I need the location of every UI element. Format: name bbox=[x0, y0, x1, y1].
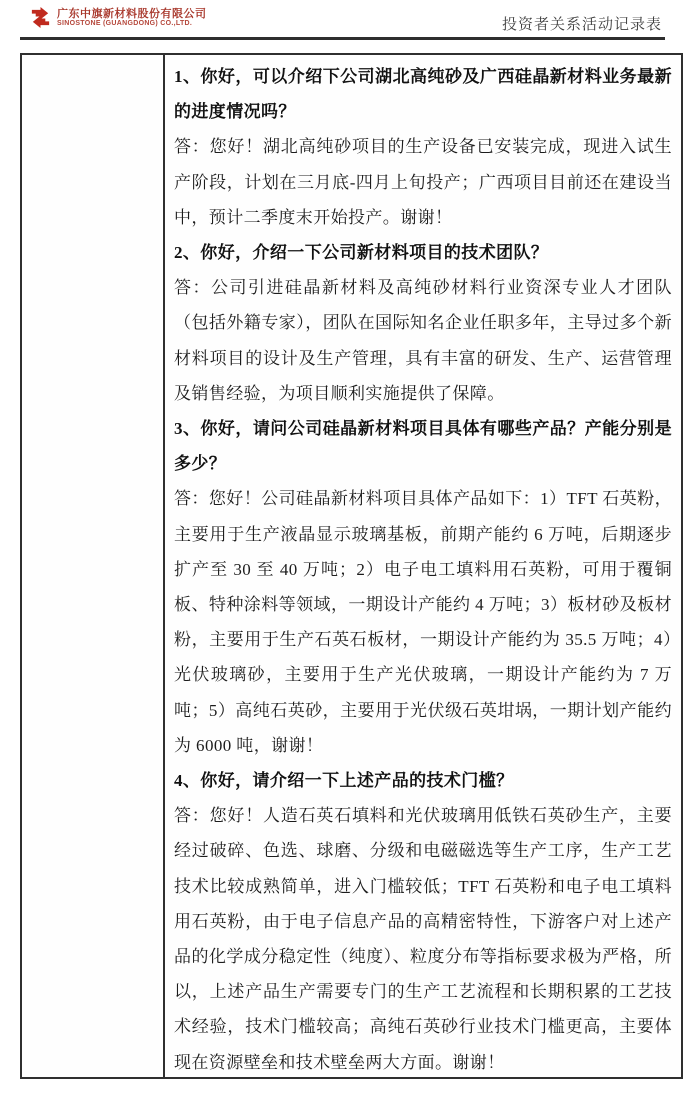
company-name-cn: 广东中旗新材料股份有限公司 bbox=[57, 8, 207, 20]
table-label-column-empty bbox=[22, 55, 165, 1077]
sinostone-logo-icon bbox=[29, 6, 52, 29]
document-title: 投资者关系活动记录表 bbox=[502, 13, 662, 34]
answer-1: 答：您好！湖北高纯砂项目的生产设备已安装完成，现进入试生产阶段，计划在三月底-四… bbox=[174, 129, 672, 235]
question-1: 1、你好，可以介绍下公司湖北高纯砂及广西硅晶新材料业务最新的进度情况吗？ bbox=[174, 59, 672, 129]
page-header: 广东中旗新材料股份有限公司 SINOSTONE (GUANGDONG) CO.,… bbox=[0, 0, 700, 44]
header-divider-rule bbox=[20, 37, 665, 40]
company-name-en: SINOSTONE (GUANGDONG) CO.,LTD. bbox=[57, 20, 207, 28]
company-name-block: 广东中旗新材料股份有限公司 SINOSTONE (GUANGDONG) CO.,… bbox=[57, 8, 207, 28]
table-content-cell: 1、你好，可以介绍下公司湖北高纯砂及广西硅晶新材料业务最新的进度情况吗？ 答：您… bbox=[165, 55, 681, 1077]
question-2: 2、你好，介绍一下公司新材料项目的技术团队？ bbox=[174, 235, 672, 270]
question-4: 4、你好，请介绍一下上述产品的技术门槛？ bbox=[174, 763, 672, 798]
record-table: 1、你好，可以介绍下公司湖北高纯砂及广西硅晶新材料业务最新的进度情况吗？ 答：您… bbox=[20, 53, 683, 1079]
answer-2: 答：公司引进硅晶新材料及高纯砂材料行业资深专业人才团队（包括外籍专家），团队在国… bbox=[174, 270, 672, 411]
answer-3: 答：您好！公司硅晶新材料项目具体产品如下：1）TFT 石英粉，主要用于生产液晶显… bbox=[174, 481, 672, 763]
question-3: 3、你好，请问公司硅晶新材料项目具体有哪些产品？产能分别是多少？ bbox=[174, 411, 672, 481]
answer-4: 答：您好！人造石英石填料和光伏玻璃用低铁石英砂生产，主要经过破碎、色选、球磨、分… bbox=[174, 798, 672, 1077]
company-logo: 广东中旗新材料股份有限公司 SINOSTONE (GUANGDONG) CO.,… bbox=[29, 6, 207, 29]
